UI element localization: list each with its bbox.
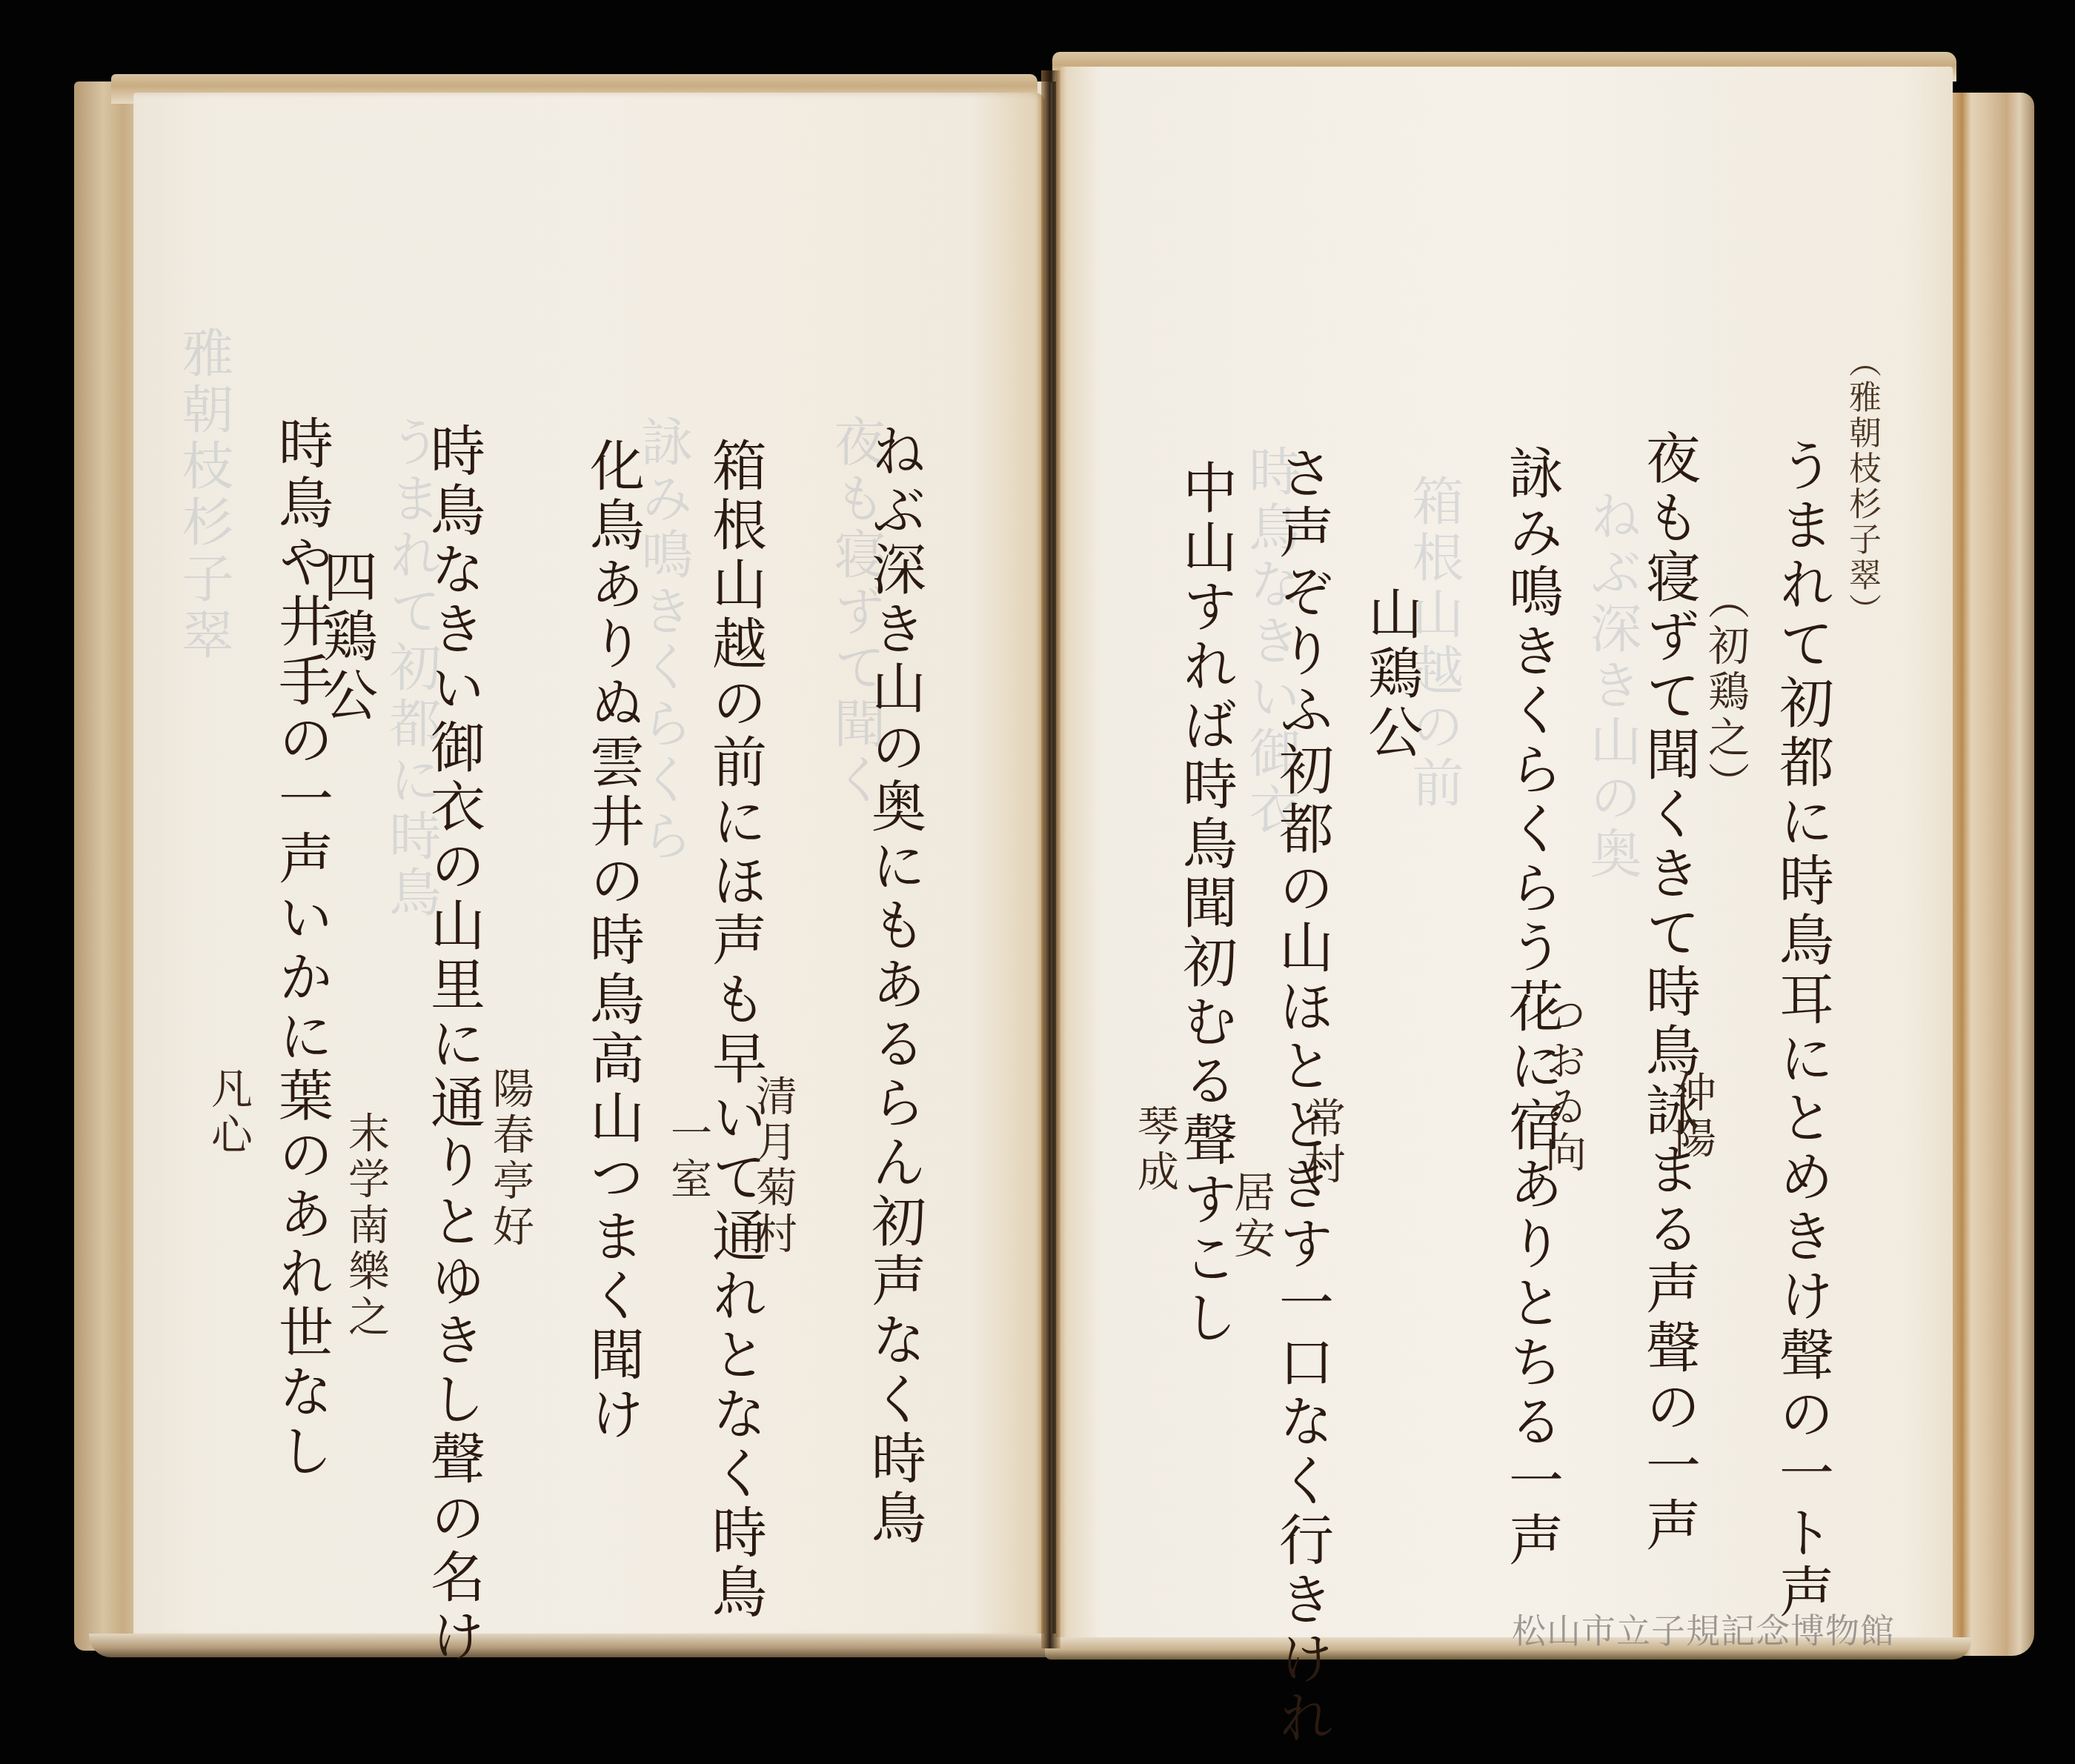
- author-name: 清月菊村: [752, 1074, 794, 1258]
- author-name: 仲陽: [1671, 1071, 1713, 1162]
- photo-background: 雅朝枝杉子翠 うまれて初都に時鳥 詠み鳴きくらくら 夜も寝ずて聞く 時鳥なきい御…: [0, 0, 2075, 1764]
- left-page-bottom-edge: [89, 1634, 1060, 1657]
- museum-watermark: 松山市立子規記念博物館: [1512, 1604, 1895, 1653]
- text-column: さ声ぞりふ初都の山ほととぎす一口なく行きけれ: [1275, 445, 1329, 1748]
- section-title: 山鶏公: [1364, 585, 1418, 763]
- author-name: つおゐ向: [1541, 993, 1583, 1176]
- right-page-stack-edge: [1942, 93, 2034, 1656]
- text-column: 箱根山越の前にほ声も早いて通れとなく時鳥: [708, 437, 763, 1622]
- author-name: 琴成: [1134, 1104, 1175, 1196]
- bleed-through-text: 雅朝枝杉子翠: [178, 326, 230, 664]
- author-name: 陽春亭好: [489, 1067, 531, 1251]
- bleed-through-text: ねぶ深き山の奥: [1586, 489, 1638, 883]
- text-column: ねぶ深き山の奥にもあるらん初声なく時鳥: [867, 422, 922, 1548]
- text-column: 夜も寝ずて聞くきて時鳥詠まる声聲の一声: [1641, 430, 1696, 1556]
- text-column: 時鳥なきい御衣の山里に通りとゆきし聲の名け: [426, 422, 481, 1667]
- text-column: 中山すれば時鳥聞初むる聲すこし: [1178, 459, 1233, 1348]
- text-column: うまれて初都に時鳥耳にとめきけ聲の一ト声: [1775, 437, 1830, 1622]
- text-column: 化鳥ありぬ雲井の時鳥高山つまく聞け: [585, 437, 640, 1445]
- author-name: 一室: [667, 1111, 708, 1203]
- author-name: 凡心: [207, 1067, 249, 1159]
- bleed-through-text: 詠み鳴きくらくら: [637, 415, 689, 865]
- text-column: （初鶏之）: [1704, 578, 1746, 808]
- author-name: 末学南樂之: [345, 1111, 386, 1341]
- book-gutter: [1041, 70, 1060, 1648]
- headnote: （雅朝枝杉子翠）: [1845, 345, 1878, 629]
- text-column: 時鳥や井手の一声いかに葉のあれ世なし: [274, 415, 329, 1482]
